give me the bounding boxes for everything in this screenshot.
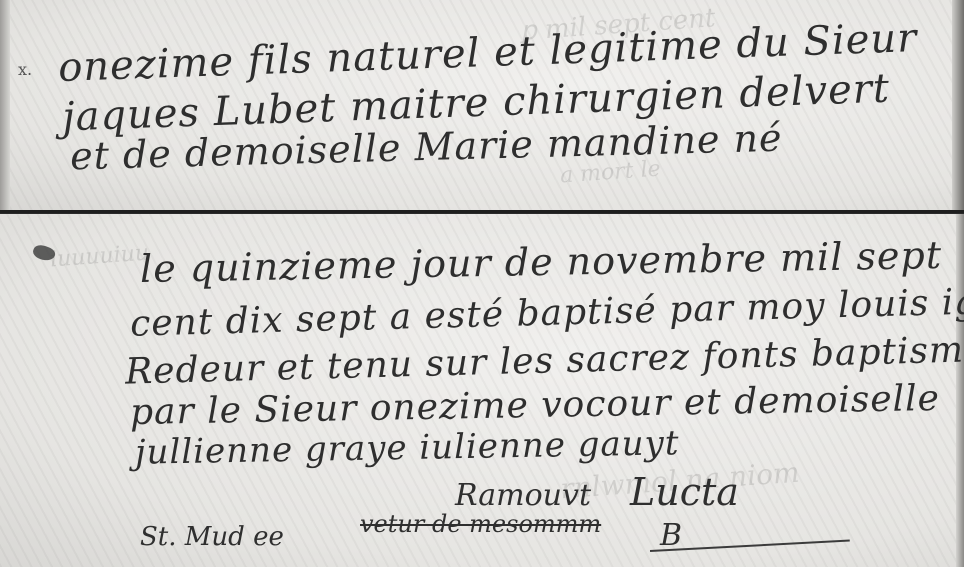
signature-2: Lucta <box>630 470 739 514</box>
page-gutter <box>0 0 10 210</box>
upper-register-page: ꝑ mil sept cent a mort le x. onezime fil… <box>0 0 964 213</box>
page-edge <box>952 0 964 210</box>
ink-bleedthrough: iuuuuiuu <box>49 241 150 273</box>
struck-text: vetur de mesommm <box>360 510 601 538</box>
signature-1: Ramouvt <box>455 478 591 513</box>
margin-note: St. Mud ee <box>140 522 284 552</box>
page-edge <box>956 214 964 567</box>
margin-mark: x. <box>18 60 32 79</box>
